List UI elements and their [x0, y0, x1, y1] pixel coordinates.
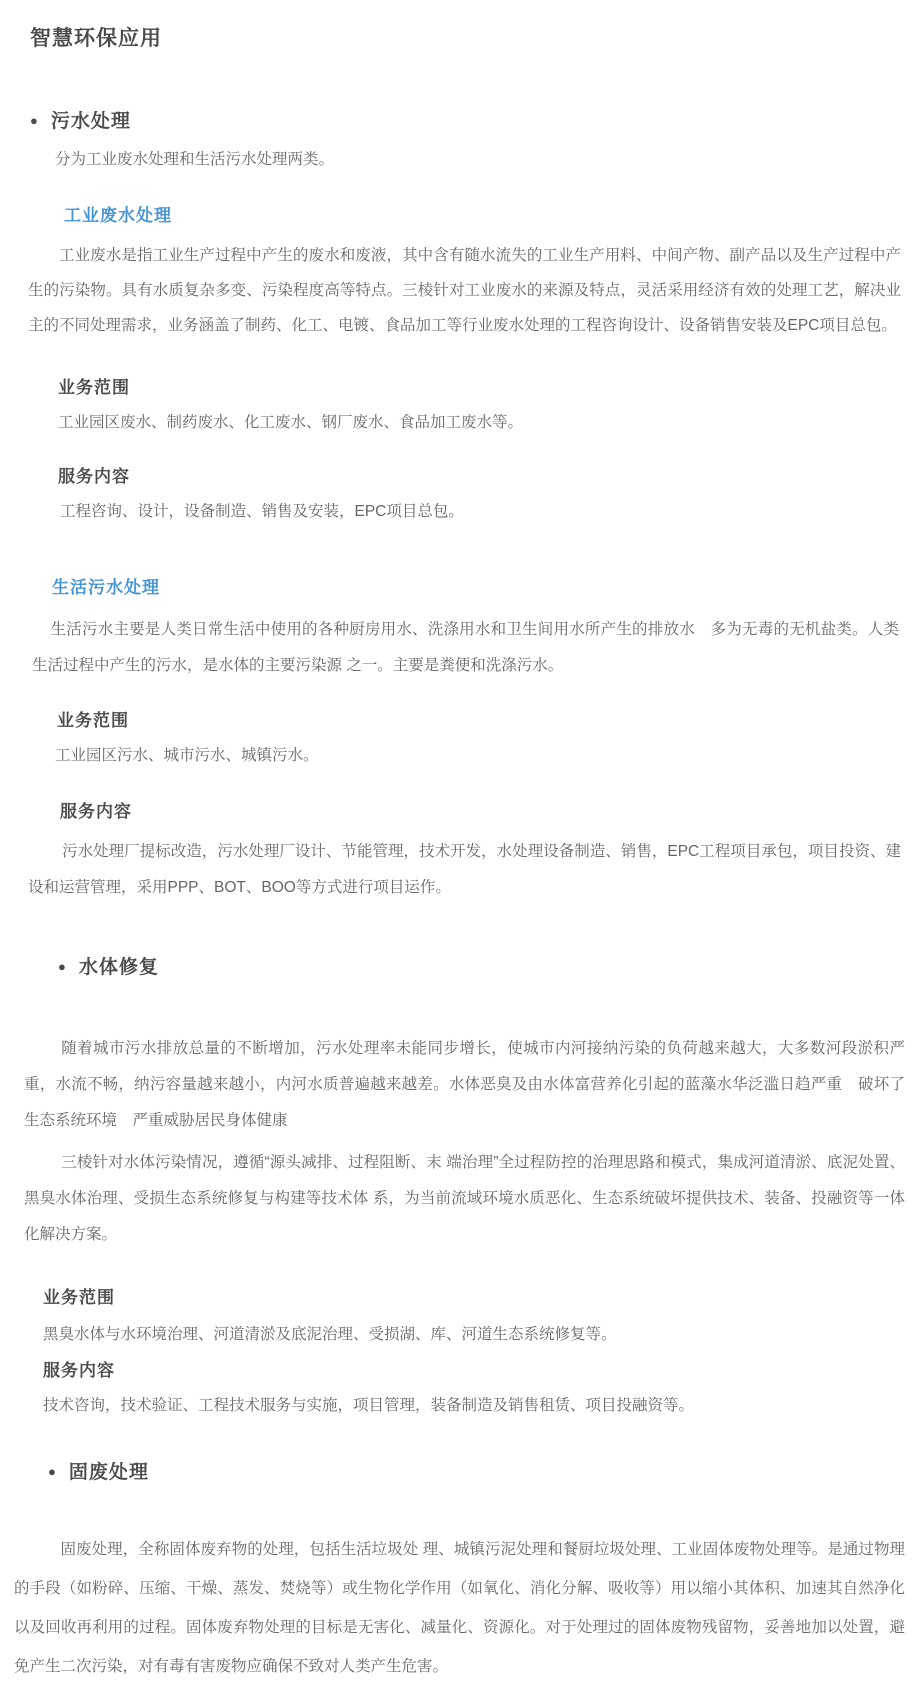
- domestic-sewage-paragraph: 生活污水主要是人类日常生活中使用的各种厨房用水、洗涤用水和卫生间用水所产生的排放…: [32, 612, 899, 684]
- solid-waste-paragraph: 固废处理，全称固体废弃物的处理，包括生活垃圾处 理、城镇污泥处理和餐厨垃圾处理、…: [14, 1530, 905, 1686]
- industrial-service-label: 服务内容: [58, 462, 895, 487]
- water-service-text: 技术咨询，技术验证、工程技术服务与实施，项目管理，装备制造及销售租赁、项目投融资…: [43, 1395, 895, 1417]
- bullet-icon: ●: [30, 114, 38, 127]
- water-scope-text: 黑臭水体与水环境治理、河道清淤及底泥治理、受损湖、库、河道生态系统修复等。: [43, 1324, 895, 1346]
- section-solid-waste-heading: ● 固废处理: [48, 1457, 895, 1484]
- section-water-restoration-title: 水体修复: [79, 952, 159, 979]
- bullet-icon: ●: [58, 960, 66, 973]
- industrial-service-text: 工程咨询、设计，设备制造、销售及安装，EPC项目总包。: [60, 501, 895, 523]
- smart-environment-page: 智慧环保应用 ● 污水处理 分为工业废水处理和生活污水处理两类。 工业废水处理 …: [0, 0, 915, 1686]
- industrial-wastewater-paragraph: 工业废水是指工业生产过程中产生的废水和废液，其中含有随水流失的工业生产用料、中间…: [28, 238, 901, 343]
- water-scope-label: 业务范围: [43, 1283, 895, 1308]
- water-restoration-paragraph-2: 三棱针对水体污染情况，遵循“源头减排、过程阻断、末 端治理”全过程防控的治理思路…: [24, 1145, 905, 1253]
- section-water-restoration-heading: ● 水体修复: [58, 952, 895, 979]
- page-title: 智慧环保应用: [30, 22, 895, 52]
- domestic-scope-text: 工业园区污水、城市污水、城镇污水。: [55, 745, 895, 767]
- water-restoration-paragraph-1: 随着城市污水排放总量的不断增加，污水处理率未能同步增长，使城市内河接纳污染的负荷…: [24, 1031, 905, 1139]
- industrial-scope-label: 业务范围: [58, 373, 895, 398]
- section-solid-waste-title: 固废处理: [69, 1457, 149, 1484]
- domestic-sewage-link[interactable]: 生活污水处理: [52, 573, 895, 598]
- bullet-icon: ●: [48, 1465, 56, 1478]
- domestic-service-label: 服务内容: [60, 797, 895, 822]
- domestic-service-text: 污水处理厂提标改造，污水处理厂设计、节能管理，技术开发，水处理设备制造、销售，E…: [28, 834, 901, 906]
- domestic-scope-label: 业务范围: [57, 706, 895, 731]
- industrial-scope-text: 工业园区废水、制药废水、化工废水、钢厂废水、食品加工废水等。: [58, 412, 895, 434]
- water-service-label: 服务内容: [43, 1356, 895, 1381]
- section-sewage-title: 污水处理: [51, 106, 131, 133]
- section-sewage-heading: ● 污水处理: [30, 106, 895, 133]
- sewage-intro-text: 分为工业废水处理和生活污水处理两类。: [55, 149, 895, 171]
- industrial-wastewater-link[interactable]: 工业废水处理: [64, 201, 895, 226]
